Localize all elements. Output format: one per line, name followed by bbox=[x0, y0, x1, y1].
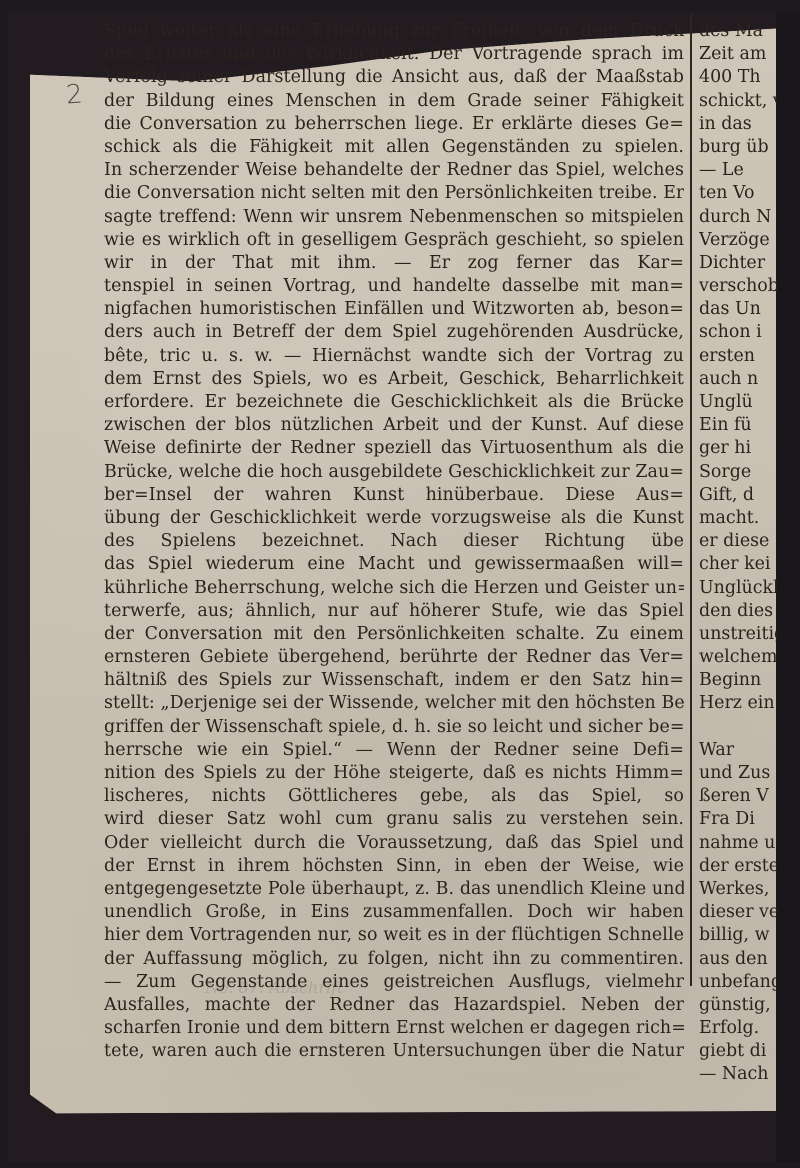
side-text-line: Unglückl bbox=[699, 577, 777, 600]
text-line: ber=Insel der wahren Kunst hinüberbaue. … bbox=[104, 484, 684, 507]
side-text-line: Herz ein bbox=[699, 692, 777, 715]
handwritten-page-number: 2 bbox=[65, 79, 84, 110]
text-line: dem Ernst des Spiels, wo es Arbeit, Gesc… bbox=[104, 368, 684, 391]
text-line: terwerfe, aus; ähnlich, nur auf höherer … bbox=[104, 600, 684, 623]
text-line: — Zum Gegenstande eines geistreichen Aus… bbox=[104, 971, 684, 994]
text-line: In scherzender Weise behandelte der Redn… bbox=[104, 159, 684, 182]
text-line: Verfolg seiner Darstellung die Ansicht a… bbox=[104, 66, 684, 89]
side-text-line: unbefang bbox=[699, 971, 777, 994]
mount-edge bbox=[776, 12, 800, 1162]
side-text-line: welchem bbox=[699, 646, 777, 669]
side-text-line: der erste bbox=[699, 855, 777, 878]
side-text-line: den dies bbox=[699, 600, 777, 623]
text-line: wir in der That mit ihm. — Er zog ferner… bbox=[104, 252, 684, 275]
text-line: herrsche wie ein Spiel.“ — Wenn der Redn… bbox=[104, 739, 684, 762]
text-line: hier dem Vortragenden nur, so weit es in… bbox=[104, 924, 684, 947]
text-line: unendlich Große, in Eins zusammenfallen.… bbox=[104, 901, 684, 924]
text-line: übung der Geschicklichkeit werde vorzugs… bbox=[104, 507, 684, 530]
side-text-line: War bbox=[699, 739, 777, 762]
side-text-line: giebt di bbox=[699, 1040, 777, 1063]
side-text-line: Werkes, bbox=[699, 878, 777, 901]
side-text-line: verschob bbox=[699, 275, 777, 298]
side-text-line: unstreitig bbox=[699, 623, 777, 646]
side-text-line: Fra Di bbox=[699, 808, 777, 831]
side-text-line: des Ma bbox=[699, 20, 777, 43]
bleed-through-text: No. 87. Abschrift bbox=[205, 978, 343, 997]
side-text-line: günstig, bbox=[699, 994, 777, 1017]
text-line: kührliche Beherrschung, welche sich die … bbox=[104, 577, 684, 600]
text-line: die Conversation nicht selten mit den Pe… bbox=[104, 182, 684, 205]
text-line: griffen der Wissenschaft spiele, d. h. s… bbox=[104, 716, 684, 739]
text-line: wie es wirklich oft in geselligem Gesprä… bbox=[104, 229, 684, 252]
side-text-line: ersten bbox=[699, 345, 777, 368]
text-line: Weise definirte der Redner speziell das … bbox=[104, 437, 684, 460]
side-text-line: das Un bbox=[699, 298, 777, 321]
side-text-line: Verzöge bbox=[699, 229, 777, 252]
text-line: bête, tric u. s. w. — Hiernächst wandte … bbox=[104, 345, 684, 368]
side-text-line: ten Vo bbox=[699, 182, 777, 205]
text-line: nition des Spiels zu der Höhe steigerte,… bbox=[104, 762, 684, 785]
text-line: tenspiel in seinen Vortrag, und handelte… bbox=[104, 275, 684, 298]
text-line: der Ernst in ihrem höchsten Sinn, in ebe… bbox=[104, 855, 684, 878]
side-text-line: durch N bbox=[699, 206, 777, 229]
text-line: wird dieser Satz wohl cum granu salis zu… bbox=[104, 808, 684, 831]
text-line: nigfachen humoristischen Einfällen und W… bbox=[104, 298, 684, 321]
side-text-line: cher kei bbox=[699, 553, 777, 576]
text-line: sagte treffend: Wenn wir unsrem Nebenmen… bbox=[104, 206, 684, 229]
text-line: ernsteren Gebiete übergehend, berührte d… bbox=[104, 646, 684, 669]
side-text-line: macht. bbox=[699, 507, 777, 530]
text-line: lischeres, nichts Göttlicheres gebe, als… bbox=[104, 785, 684, 808]
side-text-line: — Nach bbox=[699, 1063, 777, 1086]
side-text-line: ger hi bbox=[699, 437, 777, 460]
side-text-line: Unglü bbox=[699, 391, 777, 414]
side-text-line: billig, w bbox=[699, 924, 777, 947]
text-line: Brücke, welche die hoch ausgebildete Ges… bbox=[104, 461, 684, 484]
text-line: schick als die Fähigkeit mit allen Gegen… bbox=[104, 136, 684, 159]
side-text-line: ßeren V bbox=[699, 785, 777, 808]
text-line: des Spielens bezeichnet. Nach dieser Ric… bbox=[104, 530, 684, 553]
side-text-line: nahme u bbox=[699, 832, 777, 855]
article-main-column: Spiel weiter als eine Erhebung zur Freih… bbox=[104, 20, 684, 1063]
text-line: die Conversation zu beherrschen liege. E… bbox=[104, 113, 684, 136]
text-line: erfordere. Er bezeichnete die Geschickli… bbox=[104, 391, 684, 414]
side-text-line: burg üb bbox=[699, 136, 777, 159]
article-side-column-cropped: des MaZeit am400 Thschickt, vin dasburg … bbox=[699, 20, 777, 1087]
text-line: tete, waren auch die ernsteren Untersuch… bbox=[104, 1040, 684, 1063]
text-line: scharfen Ironie und dem bittern Ernst we… bbox=[104, 1017, 684, 1040]
text-line: der Conversation mit den Persönlichkeite… bbox=[104, 623, 684, 646]
side-text-line: — Le bbox=[699, 159, 777, 182]
text-line: Spiel weiter als eine Erhebung zur Freih… bbox=[104, 20, 684, 43]
text-line: stellt: „Derjenige sei der Wissende, wel… bbox=[104, 692, 684, 715]
side-text-line: Beginn bbox=[699, 669, 777, 692]
side-text-line: in das bbox=[699, 113, 777, 136]
side-text-line: er diese bbox=[699, 530, 777, 553]
text-line: ders auch in Betreff der dem Spiel zugeh… bbox=[104, 321, 684, 344]
text-line: des Ernstes und der Wirklichkeit. Der Vo… bbox=[104, 43, 684, 66]
side-text-line: dieser ve bbox=[699, 901, 777, 924]
side-text-line: schickt, v bbox=[699, 90, 777, 113]
side-text-line: Ein fü bbox=[699, 414, 777, 437]
side-text-line: 400 Th bbox=[699, 66, 777, 89]
text-line: das Spiel wiederum eine Macht und gewiss… bbox=[104, 553, 684, 576]
side-text-line: auch n bbox=[699, 368, 777, 391]
text-line: entgegengesetzte Pole überhaupt, z. B. d… bbox=[104, 878, 684, 901]
side-text-line: aus den bbox=[699, 948, 777, 971]
side-text-line: Dichter bbox=[699, 252, 777, 275]
side-text-line: Sorge bbox=[699, 461, 777, 484]
side-text-line: Gift, d bbox=[699, 484, 777, 507]
text-line: zwischen der blos nützlichen Arbeit und … bbox=[104, 414, 684, 437]
side-text-line: und Zus bbox=[699, 762, 777, 785]
side-text-line bbox=[699, 716, 777, 739]
text-line: Ausfalles, machte der Redner das Hazards… bbox=[104, 994, 684, 1017]
side-text-line: schon i bbox=[699, 321, 777, 344]
text-line: hältniß des Spiels zur Wissenschaft, ind… bbox=[104, 669, 684, 692]
text-line: der Auffassung möglich, zu folgen, nicht… bbox=[104, 948, 684, 971]
side-text-line: Erfolg. bbox=[699, 1017, 777, 1040]
text-line: Oder vielleicht durch die Voraussetzung,… bbox=[104, 832, 684, 855]
text-line: der Bildung eines Menschen in dem Grade … bbox=[104, 90, 684, 113]
column-divider bbox=[690, 14, 692, 986]
side-text-line: Zeit am bbox=[699, 43, 777, 66]
